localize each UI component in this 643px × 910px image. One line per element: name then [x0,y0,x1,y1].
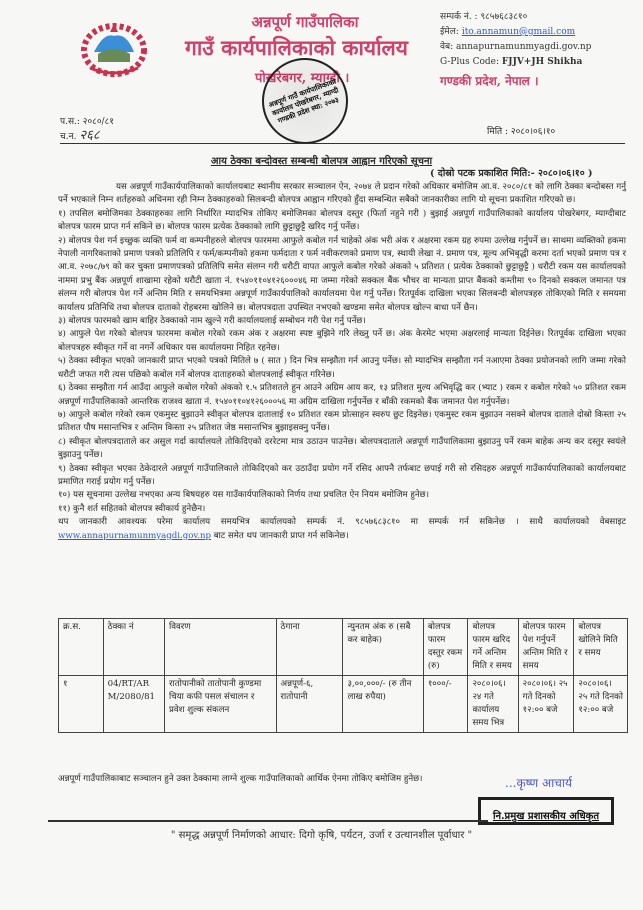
cell-submission-deadline: २०८०।०६। २५ गते दिनको १२:०० बजे [518,676,574,733]
dispatch-number: २६८ [79,128,99,143]
contact-line: थप जानकारी आवश्यक परेमा कार्यालय समयभित्… [58,517,626,527]
gplus-value: FJJV+JH Shikha [502,57,582,67]
notice-page: अन्नपूर्ण गाउँपालिका गाउँ कार्यपालिकाको … [0,0,643,910]
contact-paragraph: थप जानकारी आवश्यक परेमा कार्यालय समयभित्… [58,516,626,543]
cell-opening-date: २०८०।०६। २५ गते दिनको १२:०० बजे [574,676,628,733]
contact-block: सम्पर्क नं. : ९८५७६८३८१० ईमेल: ito.annam… [440,10,591,89]
clause-1: १) तपसिल बमोजिमका ठेक्काहरुका लागि निर्ध… [58,208,626,235]
cell-description: रातोपानीको तातोपानी कुण्डमा चिया कफी पसल… [164,676,276,733]
cell-form-fee: १०००/- [423,676,468,733]
dispatch-label: च.न. [60,132,76,142]
clause-3: ३) बोलपत्र फारमको खाम बाहिर ठेक्काको नाम… [58,315,626,328]
notice-body: यस अन्नपूर्ण गाउँकार्यपालिकाको कार्यालयब… [58,181,626,543]
col-description: विवरण [164,619,276,676]
gplus-label: G-Plus Code: [440,57,499,67]
office-name: गाउँ कार्यपालिकाको कार्यालय [185,34,445,62]
nepal-emblem-icon [80,22,148,78]
office-stamp: अन्नपूर्ण गाउँ कार्यपालिकाको कार्यालय पो… [250,46,360,156]
contact-gplus-row: G-Plus Code: FJJV+JH Shikha [440,55,591,70]
col-min-amount: न्युनतम अंक रु (सबै कर बाहेक) [343,619,423,676]
email-link[interactable]: ito.annamun@gmail.com [462,27,575,37]
tender-table: क्र.स. ठेक्का नं विवरण ठेगाना न्युनतम अं… [58,618,628,733]
table-header-row: क्र.स. ठेक्का नं विवरण ठेगाना न्युनतम अं… [59,619,628,676]
province-name: गण्डकी प्रदेश, नेपाल । [440,74,591,89]
cell-purchase-deadline: २०८०।०६। २४ गते कार्यालय समय भित्र [468,676,518,733]
header-divider [60,143,625,144]
dispatch-row: च.न. २६८ [60,129,114,144]
col-opening-date: बोलपत्र खोलिने मिति र समय [574,619,628,676]
cell-serial: १ [59,676,104,733]
contact-phone: सम्पर्क नं. : ९८५७६८३८१० [440,10,591,25]
website-link[interactable]: www.annapurnamunmyagdi.gov.np [58,531,211,541]
clause-2: २) बोलपत्र पेश गर्न इच्छुक व्यक्ति फर्म … [58,235,626,315]
cell-contract-no: 04/RT/ARM/2080/81 [103,676,164,733]
col-address: ठेगाना [276,619,343,676]
clause-10: १०) यस सूचनामा उल्लेख नभएका अन्य बिषयहरु… [58,489,626,502]
email-label: ईमेल: [440,27,459,37]
contact-web: वेब: annapurnamunmyagdi.gov.np [440,40,591,55]
col-submission-deadline: बोलपत्र फारम पेश गर्नुपर्ने अन्तिम मिति … [518,619,574,676]
cell-address: अन्नपूर्ण-६, रातोपानी [276,676,343,733]
signature-name: ...कृष्ण आचार्य [505,774,572,791]
col-purchase-deadline: बोलपत्र फारम खरिद गर्ने अन्तिम मिति र सम… [468,619,518,676]
letter-date: मिति : २०८०।०६।१० [487,124,555,137]
col-contract-no: ठेक्का नं [103,619,164,676]
designation-text: नि.प्रमुख प्रशासकीय अधिकृत [493,808,599,822]
col-serial: क्र.स. [59,619,104,676]
cell-min-amount: ३,००,०००/- (रु तीन लाख रुपैया) [343,676,423,733]
website-suffix: बाट समेत थप जानकारी प्राप्त गर्न सकिनेछ। [214,531,349,541]
reference-block: प.स.: २०८०/८१ च.न. २६८ [60,115,114,144]
table-row: १ 04/RT/ARM/2080/81 रातोपानीको तातोपानी … [59,676,628,733]
footer-slogan: " समृद्ध अन्नपूर्ण निर्माणको आधार: दिगो … [0,827,643,841]
clause-4: ४) आफुले पेश गरेको बोलपत्र फारममा कबोल ग… [58,328,626,355]
clause-11: ११) कुनै शर्त सहितको बोलपत्र स्वीकार्य ह… [58,503,626,516]
clause-9: ९) ठेक्का स्वीकृत भएका ठेकेदारले अन्नपूर… [58,463,626,490]
notice-intro: यस अन्नपूर्ण गाउँकार्यपालिकाको कार्यालयब… [58,181,626,208]
clause-6: ६) ठेक्का सम्झौता गर्न आउँदा आफुले कबोल … [58,382,626,409]
col-form-fee: बोलपत्र फारम दस्तुर रकम (रु) [423,619,468,676]
fee-footnote: अन्नपूर्ण गाउँपालिकाबाट सञ्चालन हुने उक्… [58,772,422,784]
designation-stamp: नि.प्रमुख प्रशासकीय अधिकृत [478,797,614,825]
notice-subtitle: ( दोस्रो पटक प्रकाशित मिति:- २०८०।०६।१० … [430,166,592,179]
contact-email-row: ईमेल: ito.annamun@gmail.com [440,25,591,40]
clause-8: ८) स्वीकृत बोलपत्रदाताले कर असुल गर्दा क… [58,436,626,463]
notice-title: आय ठेक्का बन्दोवस्त सम्बन्धी बोलपत्र आह्… [0,153,643,167]
footer-divider [48,820,488,822]
fiscal-year: प.स.: २०८०/८१ [60,115,114,129]
clause-5: ५) ठेक्का स्वीकृत भएको जानकारी प्राप्त भ… [58,355,626,382]
municipality-name: अन्नपूर्ण गाउँपालिका [185,12,425,32]
stamp-text: अन्नपूर्ण गाउँ कार्यपालिकाको कार्यालय पो… [262,74,348,127]
clause-7: ७) आफुले कबोल गरेको रकम एकमुस्ट बुझाउने … [58,409,626,436]
